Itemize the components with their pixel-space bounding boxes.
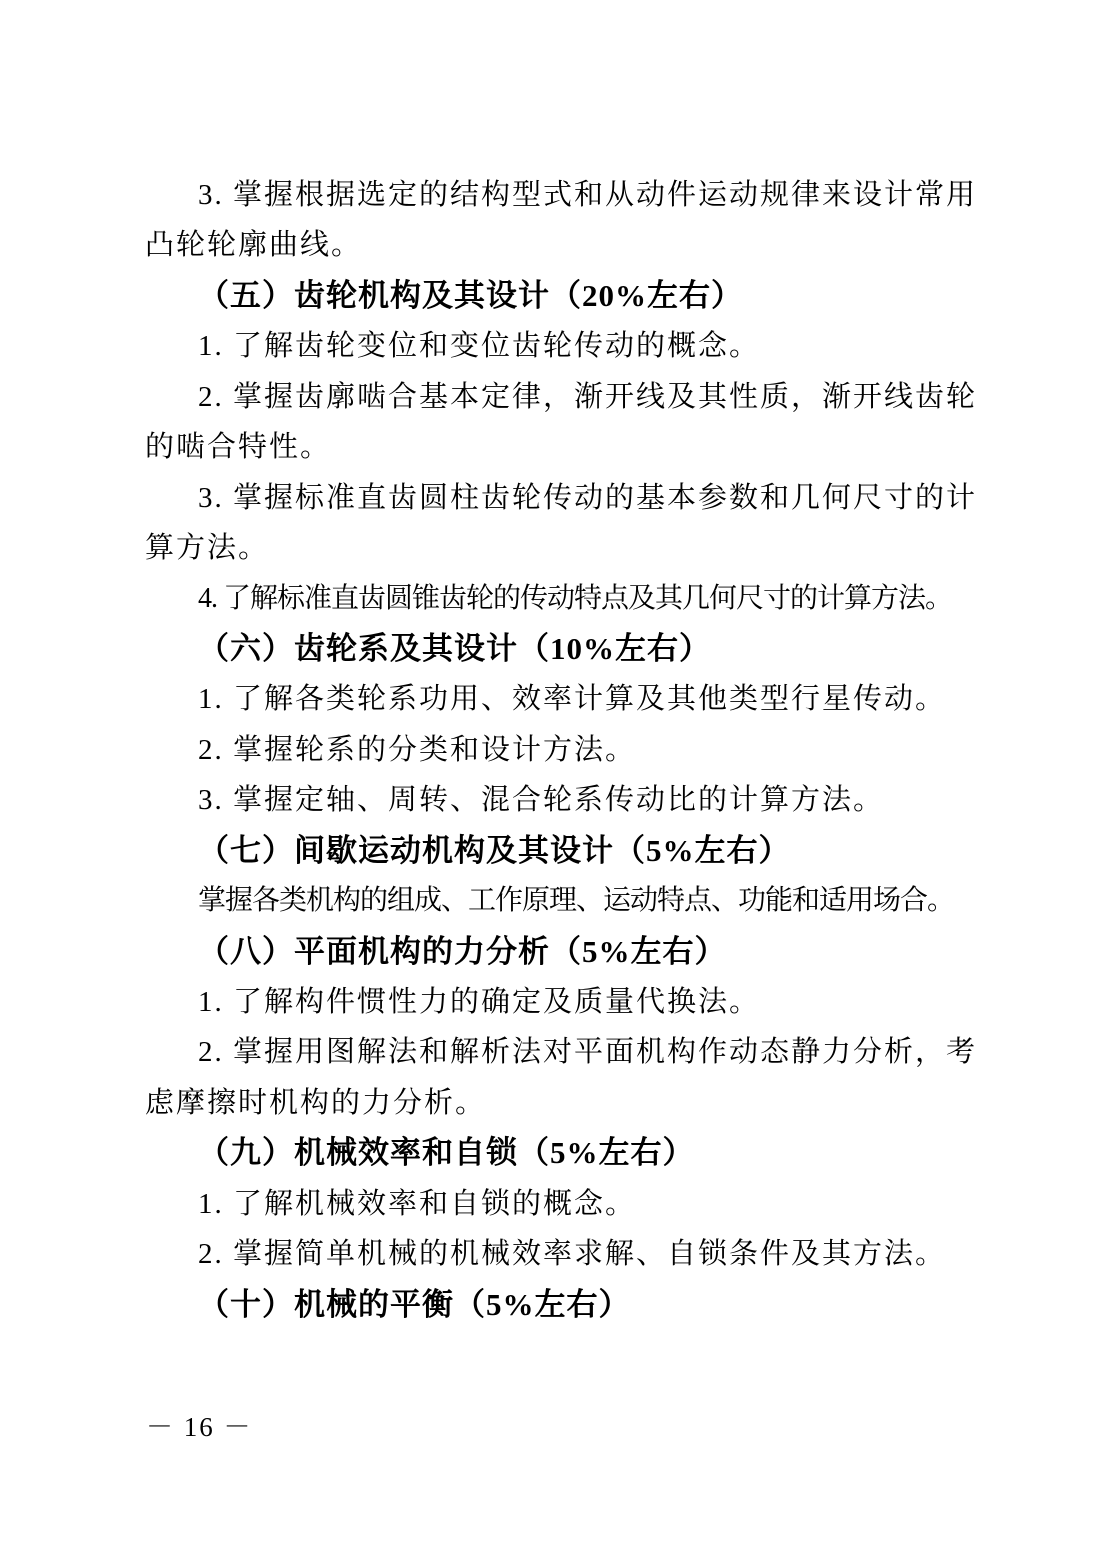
text-line: 2. 掌握简单机械的机械效率求解、自锁条件及其方法。 — [145, 1229, 957, 1279]
text-line: 1. 了解齿轮变位和变位齿轮传动的概念。 — [145, 321, 957, 371]
text-line: 3. 掌握标准直齿圆柱齿轮传动的基本参数和几何尺寸的计 — [145, 473, 957, 523]
text-line: 的啮合特性。 — [145, 422, 957, 472]
text-line: 1. 了解构件惯性力的确定及质量代换法。 — [145, 977, 957, 1027]
text-line: 凸轮轮廓曲线。 — [145, 220, 957, 270]
text-line: 1. 了解机械效率和自锁的概念。 — [145, 1179, 957, 1229]
section-heading: （五）齿轮机构及其设计（20%左右） — [145, 271, 957, 321]
section-heading: （六）齿轮系及其设计（10%左右） — [145, 624, 957, 674]
page-number: － 16 － — [146, 1412, 253, 1442]
text-line: 2. 掌握用图解法和解析法对平面机构作动态静力分析，考 — [145, 1027, 957, 1077]
document-body-text: 3. 掌握根据选定的结构型式和从动件运动规律来设计常用凸轮轮廓曲线。（五）齿轮机… — [145, 170, 957, 1330]
text-line: 3. 掌握定轴、周转、混合轮系传动比的计算方法。 — [145, 775, 957, 825]
text-line: 1. 了解各类轮系功用、效率计算及其他类型行星传动。 — [145, 674, 957, 724]
section-heading: （十）机械的平衡（5%左右） — [145, 1280, 957, 1330]
text-line: 2. 掌握齿廓啮合基本定律，渐开线及其性质，渐开线齿轮 — [145, 372, 957, 422]
section-heading: （七）间歇运动机构及其设计（5%左右） — [145, 826, 957, 876]
text-line: 3. 掌握根据选定的结构型式和从动件运动规律来设计常用 — [145, 170, 957, 220]
document-page: 3. 掌握根据选定的结构型式和从动件运动规律来设计常用凸轮轮廓曲线。（五）齿轮机… — [0, 0, 1102, 1559]
text-line: 虑摩擦时机构的力分析。 — [145, 1078, 957, 1128]
text-line: 4. 了解标准直齿圆锥齿轮的传动特点及其几何尺寸的计算方法。 — [145, 574, 957, 624]
section-heading: （八）平面机构的力分析（5%左右） — [145, 927, 957, 977]
text-line: 掌握各类机构的组成、工作原理、运动特点、功能和适用场合。 — [145, 876, 957, 926]
text-line: 算方法。 — [145, 523, 957, 573]
section-heading: （九）机械效率和自锁（5%左右） — [145, 1128, 957, 1178]
text-line: 2. 掌握轮系的分类和设计方法。 — [145, 725, 957, 775]
